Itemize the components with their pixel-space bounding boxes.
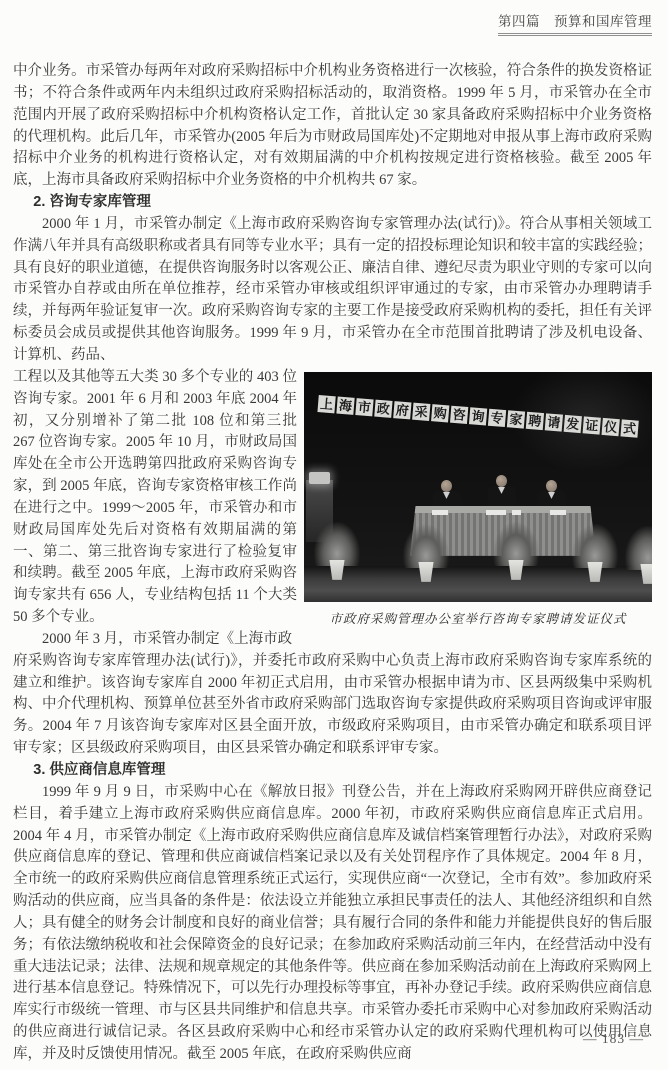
left-text-column: 工程以及其他等五大类 30 多个专业的 403 位咨询专家。2001 年 6 月…: [13, 367, 297, 651]
podium-lamp: [309, 472, 330, 484]
plant-leaves: [572, 524, 618, 568]
paragraph-experts-narrow: 工程以及其他等五大类 30 多个专业的 403 位咨询专家。2001 年 6 月…: [13, 367, 297, 629]
photo-figure: 上海市政府采购咨询专家聘请发证仪式: [304, 367, 652, 631]
plant-pot: [586, 562, 604, 582]
plant-pot: [639, 564, 652, 584]
paragraph-expert-db-start: 2000 年 3 月，市采管办制定《上海市政: [13, 629, 297, 651]
plant-pot: [417, 562, 435, 582]
table-paper: [550, 510, 566, 515]
section-heading-supplier-database: 3. 供应商信息库管理: [13, 760, 652, 782]
plant-leaves: [625, 526, 652, 570]
potted-plant: [314, 522, 360, 580]
plant-leaves: [314, 522, 360, 566]
person-head: [441, 480, 452, 492]
running-header-text: 第四篇 预算和国库管理: [498, 10, 652, 36]
table-paper: [512, 510, 521, 515]
running-header: 第四篇 预算和国库管理: [498, 10, 652, 36]
paragraph-intermediary-agencies: 中介业务。市采管办每两年对政府采购招标中介机构业务资格进行一次核验，符合条件的换…: [13, 61, 652, 192]
photo-caption: 市政府采购管理办公室举行咨询专家聘请发证仪式: [304, 609, 652, 631]
paragraph-suppliers: 1999 年 9 月 9 日，市采购中心在《解放日报》刊登公告，并在上海政府采购…: [13, 782, 652, 1066]
person-head: [496, 475, 507, 487]
page-number: — 183 —: [583, 1031, 644, 1047]
potted-plant: [493, 522, 539, 580]
text-photo-row: 工程以及其他等五大类 30 多个专业的 403 位咨询专家。2001 年 6 月…: [13, 367, 652, 651]
ceremony-photo: 上海市政府采购咨询专家聘请发证仪式: [304, 372, 652, 602]
table-paper: [432, 510, 448, 515]
plant-pot: [507, 560, 525, 580]
section-heading-expert-database: 2. 咨询专家库管理: [13, 192, 652, 214]
person-head: [546, 480, 557, 492]
paragraph-experts-fullwidth: 2000 年 1 月，市采管办制定《上海市政府采购咨询专家管理办法(试行)》。符…: [13, 214, 652, 367]
plant-pot: [328, 560, 346, 580]
potted-plant: [403, 524, 449, 582]
book-page: 第四篇 预算和国库管理 中介业务。市采管办每两年对政府采购招标中介机构业务资格进…: [0, 0, 668, 1070]
plant-leaves: [493, 522, 539, 566]
page-body: 中介业务。市采管办每两年对政府采购招标中介机构业务资格进行一次核验，符合条件的换…: [13, 61, 652, 1066]
potted-plant: [572, 524, 618, 582]
plant-leaves: [403, 524, 449, 568]
paragraph-expert-db-continued: 府采购咨询专家库管理办法(试行)》，并委托市政府采购中心负责上海市政府采购咨询专…: [13, 651, 652, 760]
potted-plant: [625, 526, 652, 584]
table-paper: [486, 510, 506, 515]
